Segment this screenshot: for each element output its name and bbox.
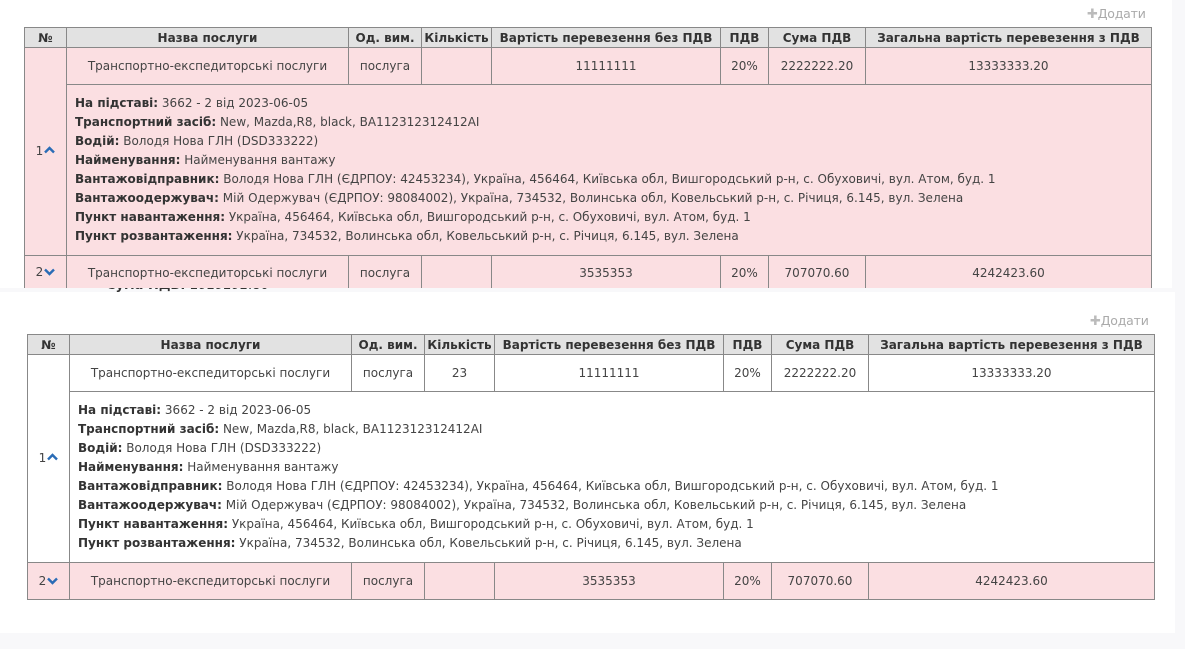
detail-line: На підставі: 3662 - 2 від 2023-06-05 [75, 94, 1143, 113]
detail-line: Водій: Володя Нова ГЛН (DSD333222) [75, 132, 1143, 151]
chevron-down-icon[interactable] [44, 265, 55, 280]
chevron-up-icon[interactable] [44, 143, 55, 158]
vat-sum-cell: 2222222.20 [769, 48, 866, 85]
detail-value: Володя Нова ГЛН (DSD333222) [123, 134, 318, 148]
shipment-details: На підставі: 3662 - 2 від 2023-06-05Тран… [67, 85, 1152, 256]
detail-line: Транспортний засіб: New, Mazda,R8, black… [78, 420, 1146, 439]
total-with-vat-cell: 4242423.60 [869, 563, 1155, 600]
vat-rate-cell: 20% [721, 48, 769, 85]
table-row[interactable]: 1Транспортно-експедиторські послугипослу… [25, 48, 1152, 85]
col-vat-header: ПДВ [724, 335, 772, 355]
row-details: На підставі: 3662 - 2 від 2023-06-05Тран… [28, 392, 1155, 563]
row-index: 2 [36, 265, 44, 279]
detail-label: Пункт навантаження: [75, 210, 225, 224]
detail-line: Найменування: Найменування вантажу [78, 458, 1146, 477]
detail-line: На підставі: 3662 - 2 від 2023-06-05 [78, 401, 1146, 420]
col-number-header: № [28, 335, 70, 355]
detail-label: Вантажоодержувач: [78, 498, 222, 512]
col-vat-sum-header: Сума ПДВ [769, 28, 866, 48]
col-vat-header: ПДВ [721, 28, 769, 48]
vat-sum-cell: 2222222.20 [772, 355, 869, 392]
row-toggle[interactable]: 2 [28, 563, 70, 600]
price-no-vat-cell: 3535353 [495, 563, 724, 600]
detail-value: 3662 - 2 від 2023-06-05 [162, 96, 308, 110]
quantity-cell [425, 563, 495, 600]
detail-value: New, Mazda,R8, black, BA112312312412AI [223, 422, 482, 436]
price-no-vat-cell: 3535353 [492, 256, 721, 289]
detail-label: Водій: [75, 134, 119, 148]
unit-cell: послуга [349, 256, 422, 289]
detail-value: Україна, 456464, Київська обл, Вишгородс… [232, 517, 754, 531]
detail-value: 3662 - 2 від 2023-06-05 [165, 403, 311, 417]
table-header: №Назва послугиОд. вим.КількістьВартість … [25, 28, 1152, 48]
detail-value: New, Mazda,R8, black, BA112312312412AI [220, 115, 479, 129]
unit-cell: послуга [349, 48, 422, 85]
detail-line: Транспортний засіб: New, Mazda,R8, black… [75, 113, 1143, 132]
total-with-vat-cell: 4242423.60 [866, 256, 1152, 289]
price-no-vat-cell: 11111111 [495, 355, 724, 392]
detail-value: Найменування вантажу [187, 460, 338, 474]
detail-value: Мій Одержувач (ЄДРПОУ: 98084002), Україн… [226, 498, 966, 512]
detail-value: Україна, 734532, Волинська обл, Ковельсь… [236, 229, 738, 243]
vat-rate-cell: 20% [724, 563, 772, 600]
vat-sum-cell: 707070.60 [772, 563, 869, 600]
row-toggle[interactable]: 2 [25, 256, 67, 289]
row-details: На підставі: 3662 - 2 від 2023-06-05Тран… [25, 85, 1152, 256]
service-name-cell: Транспортно-експедиторські послуги [70, 355, 352, 392]
table-row[interactable]: 1Транспортно-експедиторські послугипослу… [28, 355, 1155, 392]
detail-line: Вантажовідправник: Володя Нова ГЛН (ЄДРП… [78, 477, 1146, 496]
detail-label: На підставі: [78, 403, 161, 417]
col-service-name-header: Назва послуги [67, 28, 349, 48]
vat-rate-cell: 20% [721, 256, 769, 289]
row-toggle[interactable]: 1 [25, 48, 67, 256]
detail-value: Володя Нова ГЛН (ЄДРПОУ: 42453234), Укра… [226, 479, 998, 493]
col-quantity-header: Кількість [422, 28, 492, 48]
total-with-vat-cell: 13333333.20 [869, 355, 1155, 392]
table-header: №Назва послугиОд. вим.КількістьВартість … [28, 335, 1155, 355]
services-table: №Назва послугиОд. вим.КількістьВартість … [27, 334, 1155, 600]
row-index: 2 [39, 574, 47, 588]
plus-icon: ✚ [1087, 7, 1098, 22]
detail-line: Водій: Володя Нова ГЛН (DSD333222) [78, 439, 1146, 458]
detail-label: Найменування: [75, 153, 180, 167]
row-index: 1 [36, 144, 44, 158]
table-row[interactable]: 2Транспортно-експедиторські послугипослу… [25, 256, 1152, 289]
col-total-header: Загальна вартість перевезення з ПДВ [866, 28, 1152, 48]
quantity-cell [422, 256, 492, 289]
col-unit-header: Од. вим. [349, 28, 422, 48]
col-unit-header: Од. вим. [352, 335, 425, 355]
quantity-cell [422, 48, 492, 85]
col-number-header: № [25, 28, 67, 48]
quantity-cell: 23 [425, 355, 495, 392]
chevron-up-icon[interactable] [47, 450, 58, 465]
detail-label: Водій: [78, 441, 122, 455]
service-name-cell: Транспортно-експедиторські послуги [67, 48, 349, 85]
detail-label: Вантажоодержувач: [75, 191, 219, 205]
col-price-no-vat-header: Вартість перевезення без ПДВ [495, 335, 724, 355]
add-service-button[interactable]: ✚Додати [1090, 313, 1149, 329]
detail-label: Пункт навантаження: [78, 517, 228, 531]
detail-label: На підставі: [75, 96, 158, 110]
detail-line: Вантажоодержувач: Мій Одержувач (ЄДРПОУ:… [75, 189, 1143, 208]
detail-value: Україна, 456464, Київська обл, Вишгородс… [229, 210, 751, 224]
col-vat-sum-header: Сума ПДВ [772, 335, 869, 355]
col-quantity-header: Кількість [425, 335, 495, 355]
detail-line: Пункт навантаження: Україна, 456464, Киї… [75, 208, 1143, 227]
col-price-no-vat-header: Вартість перевезення без ПДВ [492, 28, 721, 48]
detail-value: Україна, 734532, Волинська обл, Ковельсь… [239, 536, 741, 550]
detail-value: Найменування вантажу [184, 153, 335, 167]
detail-label: Вантажовідправник: [78, 479, 222, 493]
services-panel-bottom: ✚Додати №Назва послугиОд. вим.КількістьВ… [0, 292, 1175, 633]
detail-label: Транспортний засіб: [78, 422, 219, 436]
detail-label: Найменування: [78, 460, 183, 474]
plus-icon: ✚ [1090, 314, 1101, 329]
row-toggle[interactable]: 1 [28, 355, 70, 563]
detail-label: Пункт розвантаження: [75, 229, 232, 243]
vat-rate-cell: 20% [724, 355, 772, 392]
unit-cell: послуга [352, 563, 425, 600]
detail-line: Вантажоодержувач: Мій Одержувач (ЄДРПОУ:… [78, 496, 1146, 515]
add-label: Додати [1101, 313, 1149, 328]
service-name-cell: Транспортно-експедиторські послуги [67, 256, 349, 289]
service-name-cell: Транспортно-експедиторські послуги [70, 563, 352, 600]
detail-value: Володя Нова ГЛН (ЄДРПОУ: 42453234), Укра… [223, 172, 995, 186]
detail-line: Пункт розвантаження: Україна, 734532, Во… [75, 227, 1143, 246]
vat-sum-cell: 707070.60 [769, 256, 866, 289]
col-total-header: Загальна вартість перевезення з ПДВ [869, 335, 1155, 355]
total-with-vat-cell: 13333333.20 [866, 48, 1152, 85]
detail-value: Володя Нова ГЛН (DSD333222) [126, 441, 321, 455]
detail-label: Транспортний засіб: [75, 115, 216, 129]
chevron-down-icon[interactable] [47, 574, 58, 589]
detail-label: Пункт розвантаження: [78, 536, 235, 550]
services-table: №Назва послугиОд. вим.КількістьВартість … [24, 27, 1152, 288]
detail-line: Пункт розвантаження: Україна, 734532, Во… [78, 534, 1146, 553]
add-service-button[interactable]: ✚Додати [1087, 6, 1146, 22]
detail-value: Мій Одержувач (ЄДРПОУ: 98084002), Україн… [223, 191, 963, 205]
detail-line: Найменування: Найменування вантажу [75, 151, 1143, 170]
table-row[interactable]: 2Транспортно-експедиторські послугипослу… [28, 563, 1155, 600]
detail-label: Вантажовідправник: [75, 172, 219, 186]
detail-line: Пункт навантаження: Україна, 456464, Киї… [78, 515, 1146, 534]
price-no-vat-cell: 11111111 [492, 48, 721, 85]
unit-cell: послуга [352, 355, 425, 392]
shipment-details: На підставі: 3662 - 2 від 2023-06-05Тран… [70, 392, 1155, 563]
row-index: 1 [39, 451, 47, 465]
detail-line: Вантажовідправник: Володя Нова ГЛН (ЄДРП… [75, 170, 1143, 189]
col-service-name-header: Назва послуги [70, 335, 352, 355]
add-label: Додати [1098, 6, 1146, 21]
services-panel-top: ✚Додати №Назва послугиОд. вим.КількістьВ… [0, 0, 1172, 288]
